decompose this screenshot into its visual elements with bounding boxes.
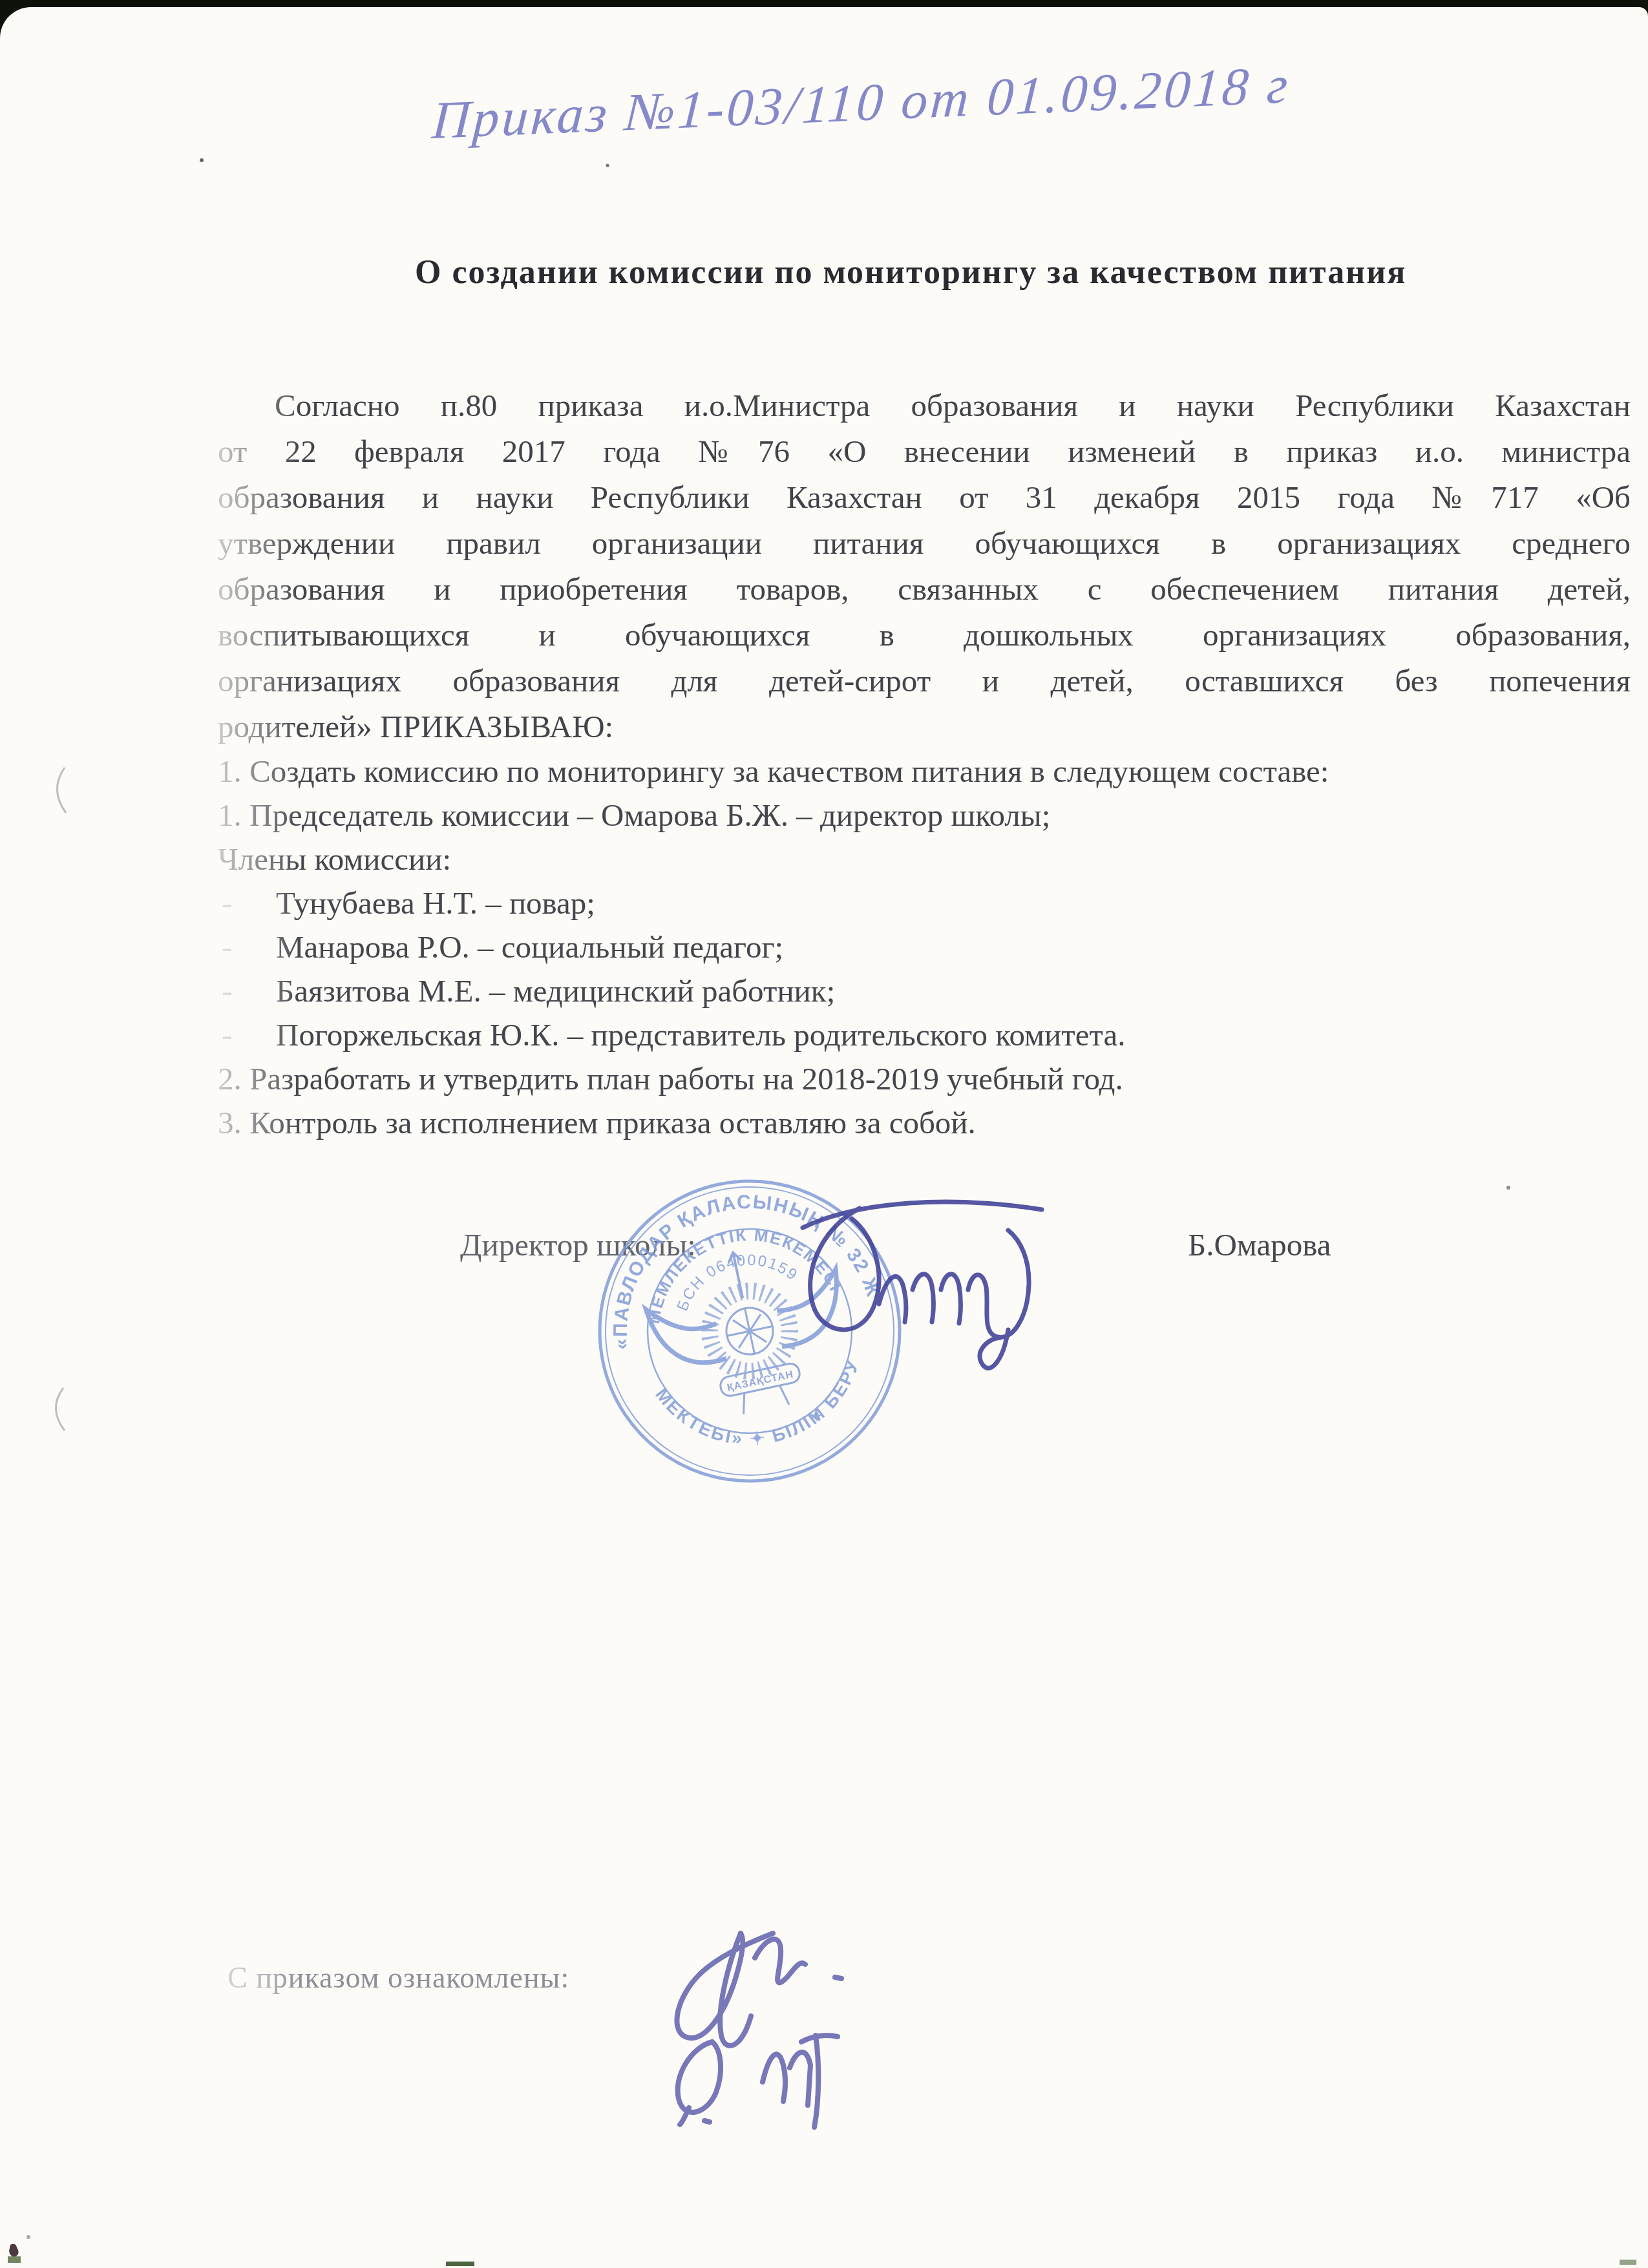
school-stamp: «ПАВЛОДАР ҚАЛАСЫНЫҢ № 32 ЖАЛПЫ МЕКТЕБІ» … <box>582 1163 918 1499</box>
list-dash: - <box>218 1013 276 1057</box>
order-items-list: 1. Создать комиссию по мониторингу за ка… <box>218 750 1631 1145</box>
body-line: утверждении правил организации питания о… <box>218 520 1631 566</box>
body-line: воспитывающихся и обучающихся в дошкольн… <box>218 612 1631 658</box>
list-item-chairperson: 1. Председатель комиссии – Омарова Б.Ж. … <box>218 793 1631 837</box>
member-text: Тунубаева Н.Т. – повар; <box>276 885 595 921</box>
list-dash: - <box>218 969 276 1013</box>
stamp-graphics: «ПАВЛОДАР ҚАЛАСЫНЫҢ № 32 ЖАЛПЫ МЕКТЕБІ» … <box>582 1163 918 1499</box>
order-body-paragraph: Согласно п.80 приказа и.о.Министра образ… <box>218 383 1631 750</box>
member-text: Манарова Р.О. – социальный педагог; <box>276 929 783 965</box>
list-item-control: 3. Контроль за исполнением приказа остав… <box>218 1101 1631 1145</box>
member-item: -Манарова Р.О. – социальный педагог; <box>218 925 1631 969</box>
scanned-order-page: Приказ №1-03/110 от 01.09.2018 г О созда… <box>0 0 1648 2268</box>
body-line: Согласно п.80 приказа и.о.Министра образ… <box>218 383 1631 428</box>
body-line: от 22 февраля 2017 года №76 «О внесении … <box>218 428 1631 474</box>
page-title: О создании комиссии по мониторингу за ка… <box>415 253 1406 291</box>
list-dash: - <box>218 925 276 969</box>
member-text: Баязитова М.Е. – медицинский работник; <box>276 973 835 1009</box>
list-item-create-commission: 1. Создать комиссию по мониторингу за ка… <box>218 750 1631 793</box>
members-label: Члены комиссии: <box>218 837 1631 881</box>
member-text: Погоржельская Ю.К. – представитель родит… <box>276 1017 1125 1053</box>
body-line: образования и науки Республики Казахстан… <box>218 474 1631 520</box>
acknowledged-label: С приказом ознакомлены: <box>227 1960 569 1995</box>
body-line: образования и приобретения товаров, связ… <box>218 566 1631 612</box>
list-dash: - <box>218 881 276 925</box>
body-line: родителей» ПРИКАЗЫВАЮ: <box>218 704 1631 750</box>
member-item: -Погоржельская Ю.К. – представитель роди… <box>218 1013 1631 1057</box>
director-name: Б.Омарова <box>1188 1226 1331 1263</box>
member-item: -Баязитова М.Е. – медицинский работник; <box>218 969 1631 1013</box>
body-line: организациях образования для детей-сирот… <box>218 658 1631 704</box>
list-item-work-plan: 2. Разработать и утвердить план работы н… <box>218 1057 1631 1101</box>
member-item: -Тунубаева Н.Т. – повар; <box>218 881 1631 925</box>
